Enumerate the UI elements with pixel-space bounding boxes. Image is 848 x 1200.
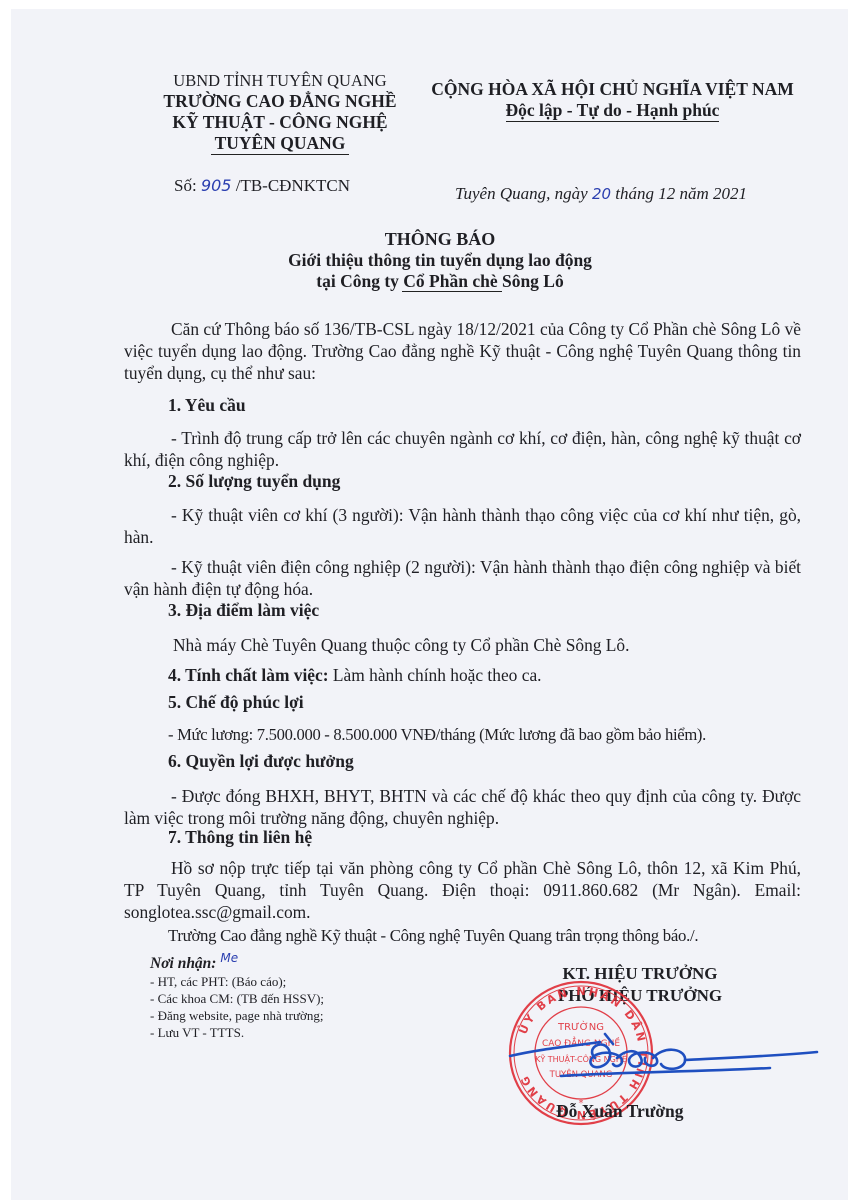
recipient-item: - Đăng website, page nhà trường; — [150, 1007, 324, 1024]
recipients-label: Nơi nhận: — [150, 955, 216, 972]
section-6-body: - Được đóng BHXH, BHYT, BHTN và các chế … — [124, 785, 801, 829]
section-2-item-1: - Kỹ thuật viên cơ khí (3 người): Vận hà… — [124, 504, 801, 548]
handwritten-initials: Me — [220, 951, 238, 965]
section-5-body: - Mức lương: 7.500.000 - 8.500.000 VNĐ/t… — [168, 725, 706, 745]
handwritten-number: 905 — [201, 176, 232, 195]
motto-underlined: Độc lập - Tự do - Hạnh phúc — [506, 100, 720, 122]
recipient-item: - HT, các PHT: (Báo cáo); — [150, 973, 324, 990]
number-suffix: /TB-CĐNKTCN — [236, 176, 350, 195]
intro-paragraph: Căn cứ Thông báo số 136/TB-CSL ngày 18/1… — [124, 318, 801, 384]
section-2-item-2: - Kỹ thuật viên điện công nghiệp (2 ngườ… — [124, 556, 801, 600]
section-1-body: - Trình độ trung cấp trở lên các chuyên … — [124, 427, 801, 471]
number-prefix: Số: — [174, 176, 197, 195]
section-5-heading: 5. Chế độ phúc lợi — [168, 692, 304, 713]
school-name-underlined: TUYÊN QUANG — [211, 133, 350, 155]
date-line: Tuyên Quang, ngày 20 tháng 12 năm 2021 — [455, 184, 747, 204]
document-subtitle-1: Giới thiệu thông tin tuyển dụng lao động — [220, 250, 660, 271]
school-name-line1: TRƯỜNG CAO ĐẲNG NGHỀ — [130, 91, 430, 112]
document-subtitle-2: tại Công ty Cổ Phần chè Sông Lô — [220, 271, 660, 292]
section-3-heading: 3. Địa điểm làm việc — [168, 600, 319, 621]
document-title: THÔNG BÁO — [220, 228, 660, 250]
recipient-item: - Lưu VT - TTTS. — [150, 1024, 324, 1041]
issuer-block: UBND TỈNH TUYÊN QUANG TRƯỜNG CAO ĐẲNG NG… — [130, 70, 430, 154]
handwritten-signature-icon — [505, 1028, 835, 1098]
national-header: CỘNG HÒA XÃ HỘI CHỦ NGHĨA VIỆT NAM Độc l… — [415, 79, 810, 121]
handwritten-day: 20 — [592, 185, 611, 203]
recipient-item: - Các khoa CM: (TB đến HSSV); — [150, 990, 324, 1007]
section-7-body: Hồ sơ nộp trực tiếp tại văn phòng công t… — [124, 857, 801, 923]
subtitle-text: tại Công ty Cổ Phần chè Sông Lô — [316, 271, 563, 291]
section-4: 4. Tính chất làm việc: Làm hành chính ho… — [168, 665, 542, 686]
section-4-heading: 4. Tính chất làm việc: — [168, 665, 329, 685]
section-3-body: Nhà máy Chè Tuyên Quang thuộc công ty Cổ… — [173, 634, 813, 656]
title-block: THÔNG BÁO Giới thiệu thông tin tuyển dụn… — [220, 228, 660, 292]
document-number: Số: 905 /TB-CĐNKTCN — [174, 176, 350, 196]
section-2-heading: 2. Số lượng tuyển dụng — [168, 471, 340, 492]
date-suffix: tháng 12 năm 2021 — [615, 184, 747, 203]
section-4-body: Làm hành chính hoặc theo ca. — [333, 665, 542, 685]
title-underline — [402, 291, 502, 292]
agency-name: UBND TỈNH TUYÊN QUANG — [130, 70, 430, 91]
section-6-heading: 6. Quyền lợi được hưởng — [168, 751, 354, 772]
school-name-line3: TUYÊN QUANG — [130, 133, 430, 154]
national-motto: Độc lập - Tự do - Hạnh phúc — [415, 100, 810, 121]
signer-name: Đỗ Xuân Trường — [556, 1101, 684, 1122]
nation-title: CỘNG HÒA XÃ HỘI CHỦ NGHĨA VIỆT NAM — [415, 79, 810, 100]
date-prefix: Tuyên Quang, ngày — [455, 184, 588, 203]
closing-line: Trường Cao đẳng nghề Kỹ thuật - Công ngh… — [168, 926, 698, 946]
recipients-block: Nơi nhận: Me - HT, các PHT: (Báo cáo); -… — [150, 955, 324, 1041]
section-1-heading: 1. Yêu cầu — [168, 395, 246, 416]
section-7-heading: 7. Thông tin liên hệ — [168, 827, 312, 848]
school-name-line2: KỸ THUẬT - CÔNG NGHỆ — [130, 112, 430, 133]
